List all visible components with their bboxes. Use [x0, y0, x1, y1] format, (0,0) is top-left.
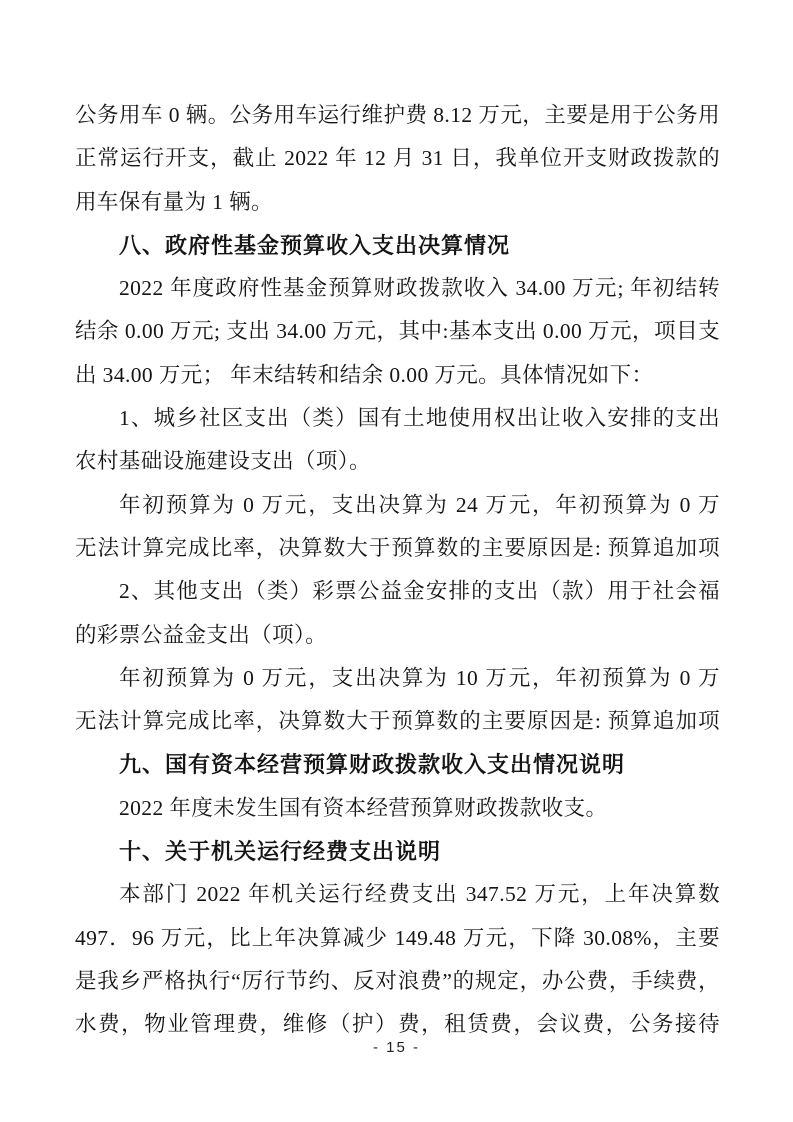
paragraph-line: 正常运行开支，截止 2022 年 12 月 31 日，我单位开支财政拨款的公务 [75, 137, 720, 180]
document-page: 公务用车 0 辆。公务用车运行维护费 8.12 万元，主要是用于公务用车正常运行… [0, 0, 793, 1122]
document-body: 公务用车 0 辆。公务用车运行维护费 8.12 万元，主要是用于公务用车正常运行… [75, 94, 720, 1047]
paragraph-line: 2、其他支出（类）彩票公益金安排的支出（款）用于社会福利 [75, 570, 720, 613]
paragraph-line: 年初预算为 0 万元，支出决算为 24 万元，年初预算为 0 万元， [75, 484, 720, 527]
paragraph-line: 无法计算完成比率，决算数大于预算数的主要原因是: 预算追加项目。 [75, 527, 720, 570]
paragraph-line: 本部门 2022 年机关运行经费支出 347.52 万元，上年决算数 [75, 873, 720, 916]
paragraph-line: 2022 年度未发生国有资本经营预算财政拨款收支。 [75, 787, 720, 830]
paragraph-line: 公务用车 0 辆。公务用车运行维护费 8.12 万元，主要是用于公务用车 [75, 94, 720, 137]
paragraph-line: 是我乡严格执行“厉行节约、反对浪费”的规定，办公费，手续费， [75, 960, 720, 1003]
section-heading: 十、关于机关运行经费支出说明 [75, 830, 720, 873]
paragraph-line: 497．96 万元，比上年决算减少 149.48 万元，下降 30.08%，主要… [75, 917, 720, 960]
paragraph-line: 结余 0.00 万元; 支出 34.00 万元，其中:基本支出 0.00 万元，… [75, 310, 720, 353]
paragraph-line: 无法计算完成比率，决算数大于预算数的主要原因是: 预算追加项目。 [75, 700, 720, 743]
paragraph-line: 2022 年度政府性基金预算财政拨款收入 34.00 万元; 年初结转和 [75, 267, 720, 310]
paragraph-line: 的彩票公益金支出（项）。 [75, 614, 720, 657]
section-heading: 九、国有资本经营预算财政拨款收入支出情况说明 [75, 743, 720, 786]
paragraph-line: 用车保有量为 1 辆。 [75, 181, 720, 224]
paragraph-line: 年初预算为 0 万元，支出决算为 10 万元，年初预算为 0 万元， [75, 657, 720, 700]
paragraph-line: 出 34.00 万元； 年末结转和结余 0.00 万元。具体情况如下： [75, 354, 720, 397]
paragraph-line: 1、城乡社区支出（类）国有土地使用权出让收入安排的支出（款） [75, 397, 720, 440]
section-heading: 八、政府性基金预算收入支出决算情况 [75, 224, 720, 267]
paragraph-line: 农村基础设施建设支出（项）。 [75, 440, 720, 483]
page-number: - 15 - [0, 1036, 793, 1060]
